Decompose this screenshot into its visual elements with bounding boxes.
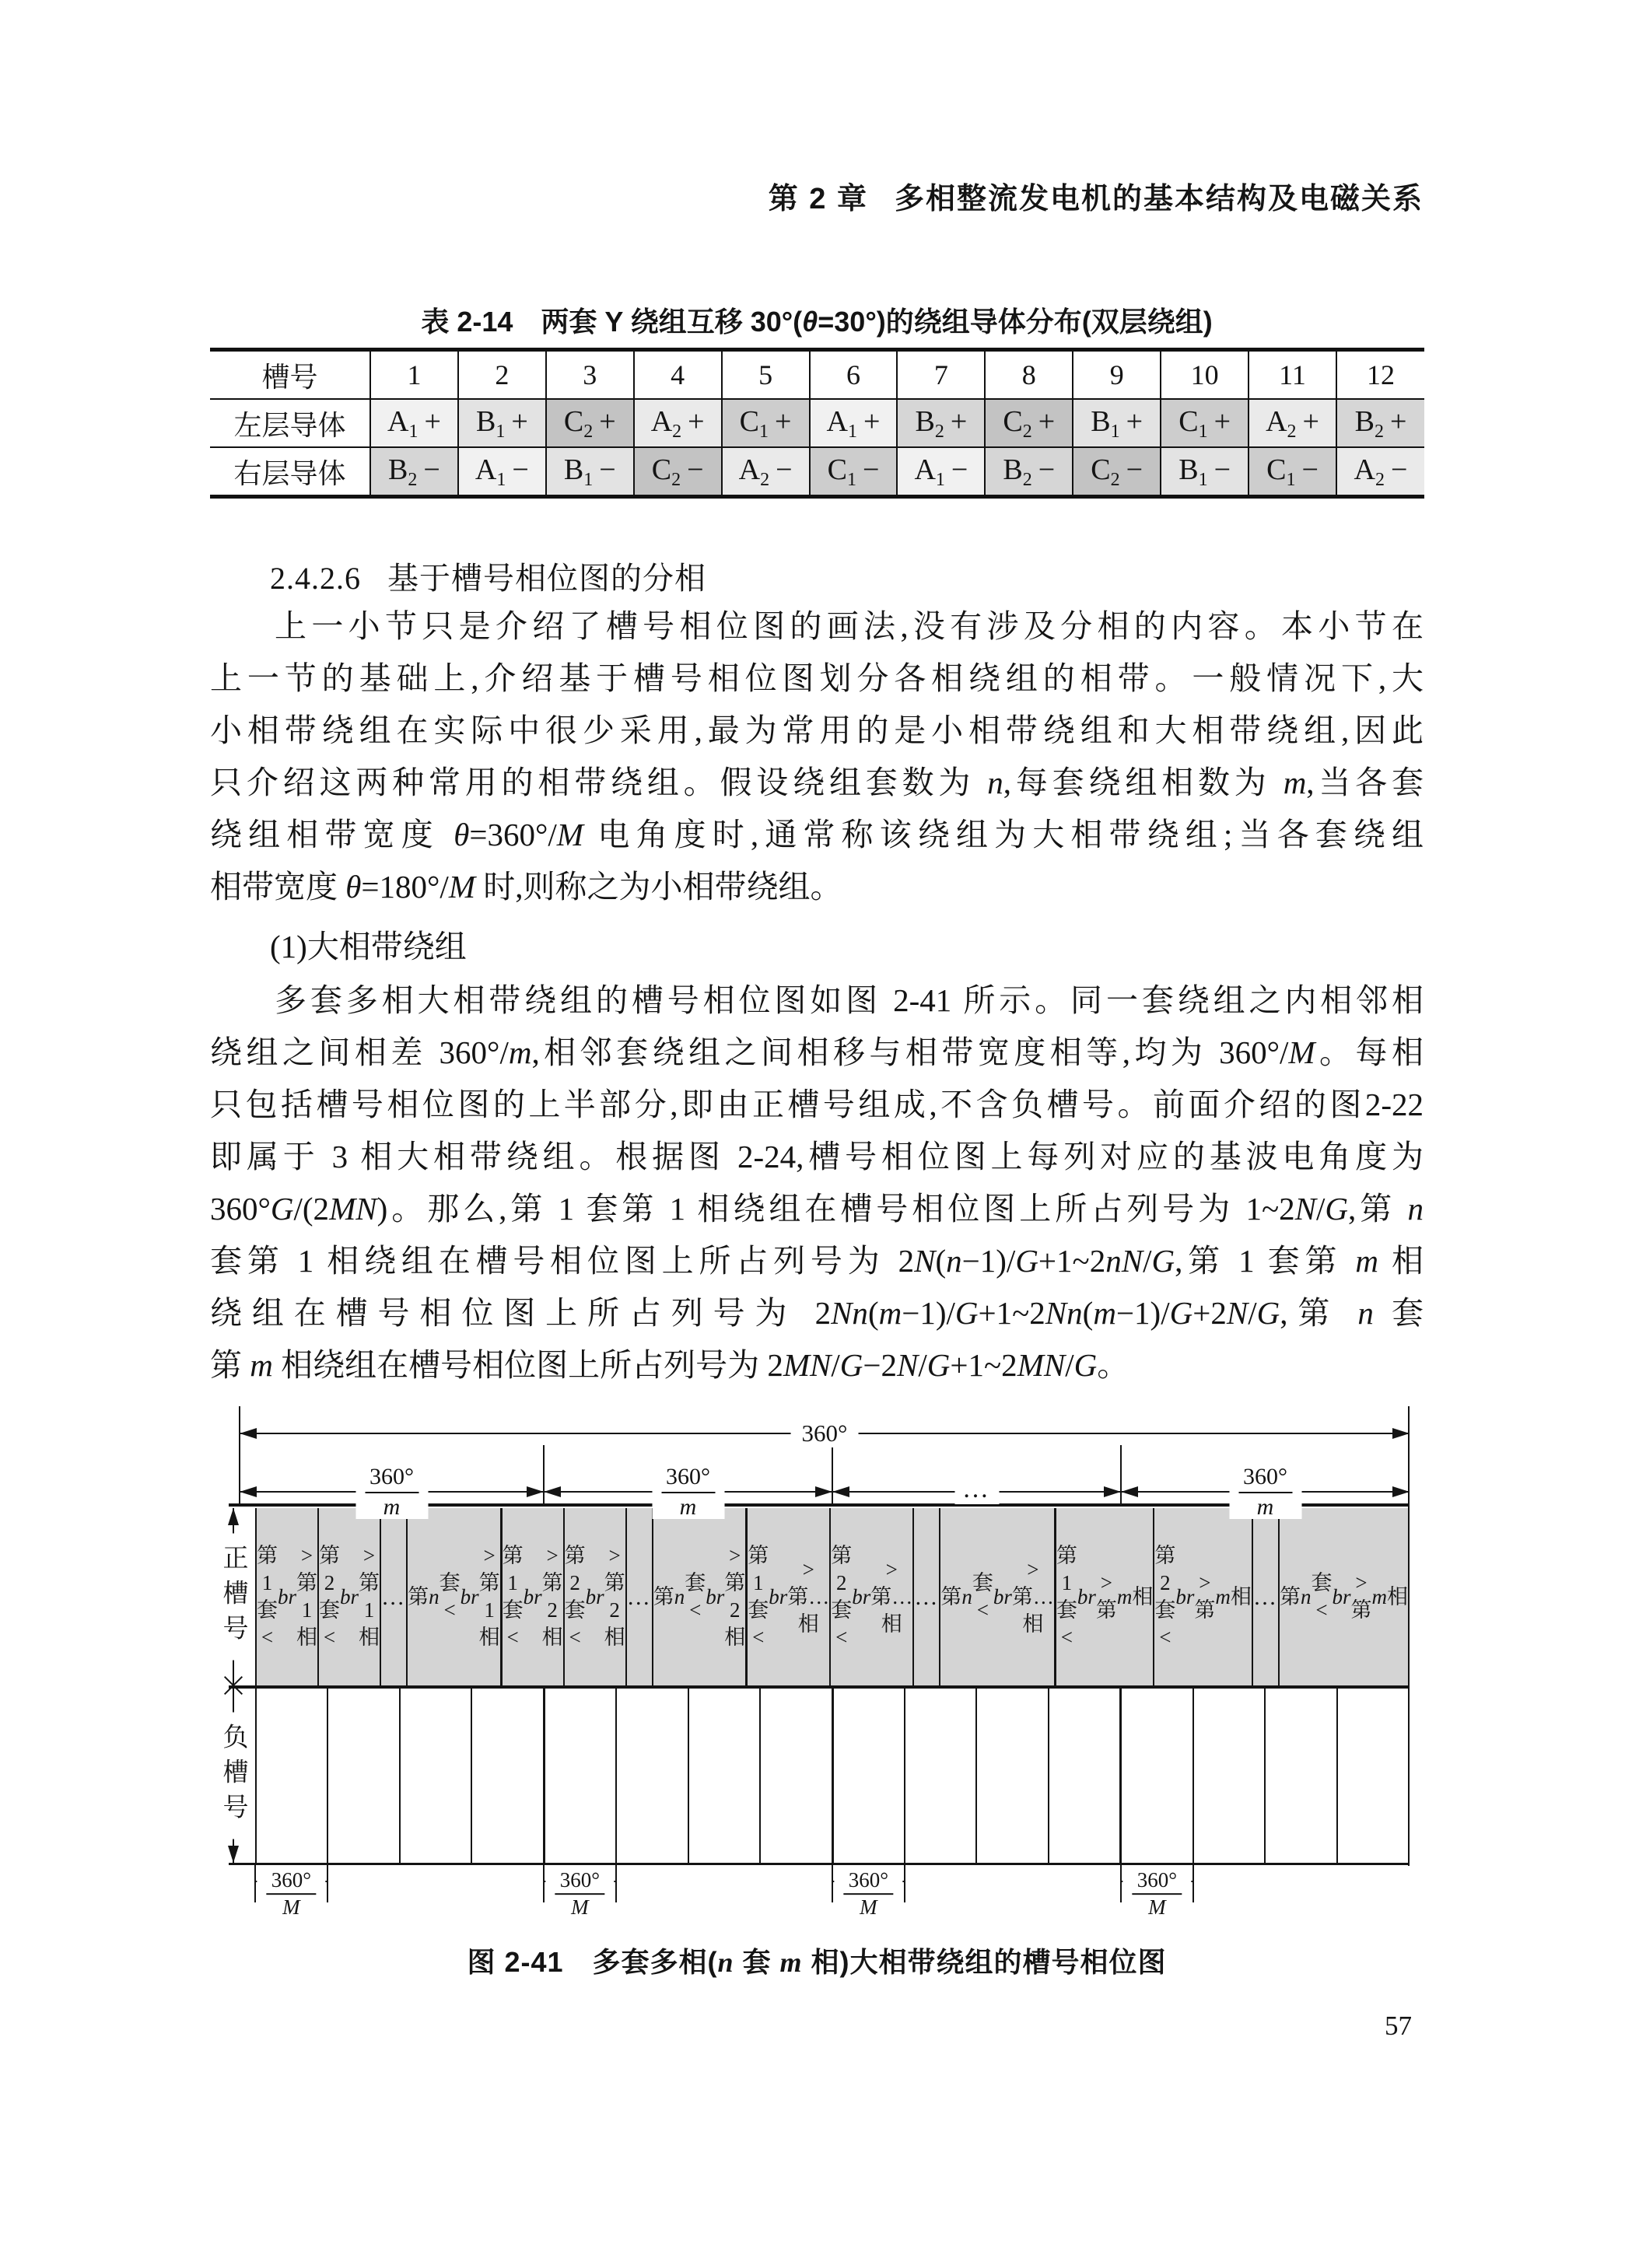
negative-band-cell [328, 1689, 400, 1863]
section-title: 基于槽号相位图的分相 [387, 561, 706, 596]
conductor-cell: A2− [1336, 447, 1424, 497]
conductor-cell: C1− [810, 447, 898, 497]
table-header-row: 槽号123456789101112 [210, 350, 1424, 400]
positive-axis-label: 正槽号 [215, 1534, 252, 1661]
conductor-cell: B1− [1161, 447, 1249, 497]
column-width-fraction: 360°M [1123, 1869, 1191, 1919]
conductor-cell: B2+ [1336, 399, 1424, 447]
negative-band-cell [761, 1689, 833, 1863]
negative-band-cell [401, 1689, 472, 1863]
table-title: 表 2-14 两套 Y 绕组互移 30°(θ=30°)的绕组导体分布(双层绕组) [156, 300, 1478, 340]
group-span-arrow-head [544, 1486, 561, 1497]
column-width-fraction: 360°M [546, 1869, 614, 1919]
group-span-arrow-head [1121, 1486, 1138, 1497]
negative-slot-row [255, 1689, 1410, 1863]
conductor-cell: B2− [985, 447, 1073, 497]
figure-bottom-rule [229, 1863, 1410, 1865]
figure-caption: 图 2-41 多套多相(n 套 m 相)大相带绕组的槽号相位图 [156, 1941, 1478, 1980]
dist-table: 槽号123456789101112左层导体A1+B1+C2+A2+C1+A1+B… [210, 348, 1424, 499]
conductor-cell: A2+ [634, 399, 722, 447]
text-line: 只包括槽号相位图的上半部分,即由正槽号组成,不含负槽号。前面介绍的图2-22 [210, 1079, 1424, 1131]
negative-band-cell [545, 1689, 617, 1863]
negative-band-cell [617, 1689, 688, 1863]
phase-band-cell: 第2套<br>第…相 [831, 1508, 914, 1685]
negative-band-cell [689, 1689, 761, 1863]
group-span-fraction: 360°m [652, 1465, 724, 1519]
total-span-arrow-head [240, 1428, 257, 1439]
dist-table-body: 槽号123456789101112左层导体A1+B1+C2+A2+C1+A1+B… [210, 350, 1424, 497]
paragraph-2: 多套多相大相带绕组的槽号相位图如图 2-41 所示。同一套绕组之内相邻相绕组之间… [210, 975, 1424, 1391]
group-span-arrow-head [832, 1486, 849, 1497]
phase-band-cell: 第n套<br>第m相 [1280, 1508, 1410, 1685]
corner-cell: 槽号 [210, 350, 370, 400]
slot-number-cell: 7 [897, 350, 985, 400]
slot-number-cell: 3 [546, 350, 634, 400]
negative-band-cell [905, 1689, 977, 1863]
row-label-cell: 右层导体 [210, 447, 370, 497]
chapter-title: 多相整流发电机的基本结构及电磁关系 [895, 183, 1424, 215]
group-divider-tick [543, 1445, 545, 1507]
slot-number-cell: 8 [985, 350, 1073, 400]
slot-number-cell: 9 [1073, 350, 1161, 400]
phase-band-cell: 第n套<br>第1相 [408, 1508, 503, 1685]
phase-band-cell: 第1套<br>第2相 [503, 1508, 565, 1685]
slot-number-cell: 6 [810, 350, 898, 400]
phase-band-cell: 第n套<br>第2相 [653, 1508, 748, 1685]
negative-band-cell [977, 1689, 1049, 1863]
conductor-cell: B2+ [897, 399, 985, 447]
negative-band-cell [834, 1689, 905, 1863]
page-number: 57 [1245, 2011, 1412, 2042]
phase-band-cell: 第2套<br>第2相 [565, 1508, 627, 1685]
section-heading: 2.4.2.6基于槽号相位图的分相 [270, 554, 706, 598]
conductor-cell: B1+ [458, 399, 546, 447]
phase-band-cell: 第n套<br>第…相 [940, 1508, 1056, 1685]
axis-zero-cross [222, 1674, 245, 1697]
running-head: 第 2 章多相整流发电机的基本结构及电磁关系 [210, 174, 1424, 217]
conductor-cell: A1+ [370, 399, 458, 447]
conductor-cell: C1− [1249, 447, 1336, 497]
conductor-cell: C2+ [985, 399, 1073, 447]
slot-number-cell: 12 [1336, 350, 1424, 400]
column-width-fraction: 360°M [257, 1869, 325, 1919]
negative-band-cell [1049, 1689, 1122, 1863]
phase-band-cell: 第1套<br>第…相 [748, 1508, 831, 1685]
text-line: 绕组相带宽度 θ=360°/M 电角度时,通常称该绕组为大相带绕组;当各套绕组 [210, 809, 1424, 861]
group-span-arrow-head [1392, 1486, 1410, 1497]
negative-axis-arrowhead [228, 1846, 239, 1863]
group-divider-tick [832, 1445, 833, 1507]
slot-number-cell: 4 [634, 350, 722, 400]
conductor-cell: B2− [370, 447, 458, 497]
group-span-ellipsis: … [954, 1475, 999, 1504]
phase-band-cell: 第1套<br>第1相 [257, 1508, 319, 1685]
text-line: 只介绍这两种常用的相带绕组。假设绕组套数为 n,每套绕组相数为 m,当各套 [210, 757, 1424, 809]
chapter-number: 第 2 章 [769, 183, 868, 215]
text-line: 第 m 相绕组在槽号相位图上所占列号为 2MN/G−2N/G+1~2MN/G。 [210, 1339, 1424, 1391]
negative-band-cell [1194, 1689, 1266, 1863]
phase-band-cell: 第2套<br>第1相 [319, 1508, 381, 1685]
section-number: 2.4.2.6 [270, 561, 361, 596]
book-page: 第 2 章多相整流发电机的基本结构及电磁关系 表 2-14 两套 Y 绕组互移 … [0, 0, 1625, 2268]
paragraph-1: 上一小节只是介绍了槽号相位图的画法,没有涉及分相的内容。本小节在上一节的基础上,… [210, 600, 1424, 913]
conductor-cell: B1− [546, 447, 634, 497]
conductor-cell: C2− [1073, 447, 1161, 497]
text-line: 上一节的基础上,介绍基于槽号相位图划分各相绕组的相带。一般情况下,大 [210, 653, 1424, 705]
slot-phase-figure: 360°360°m360°m…360°m第1套<br>第1相第2套<br>第1相… [218, 1400, 1425, 1937]
phase-band-cell: 第1套<br>第m相 [1056, 1508, 1155, 1685]
slot-number-cell: 5 [722, 350, 810, 400]
row-label-cell: 左层导体 [210, 399, 370, 447]
conductor-cell: C1+ [722, 399, 810, 447]
text-line: 即属于 3 相大相带绕组。根据图 2-24,槽号相位图上每列对应的基波电角度为 [210, 1131, 1424, 1183]
text-line: 小相带绕组在实际中很少采用,最为常用的是小相带绕组和大相带绕组,因此 [210, 705, 1424, 757]
total-span-label: 360° [791, 1419, 859, 1447]
group-span-arrow-head [1104, 1486, 1121, 1497]
positive-axis-arrowhead [228, 1508, 239, 1525]
total-span-arrow-head [1392, 1428, 1410, 1439]
slot-number-cell: 1 [370, 350, 458, 400]
positive-slot-row: 第1套<br>第1相第2套<br>第1相…第n套<br>第1相第1套<br>第2… [255, 1508, 1410, 1685]
slot-number-cell: 10 [1161, 350, 1249, 400]
slot-number-cell: 2 [458, 350, 546, 400]
negative-band-cell [1122, 1689, 1193, 1863]
conductor-cell: A1+ [810, 399, 898, 447]
conductor-cell: A1− [458, 447, 546, 497]
negative-band-cell [1266, 1689, 1337, 1863]
group-span-fraction: 360°m [1229, 1465, 1301, 1519]
text-line: 绕组之间相差 360°/m,相邻套绕组之间相移与相带宽度相等,均为 360°/M… [210, 1027, 1424, 1079]
text-line: 绕组在槽号相位图上所占列号为 2Nn(m−1)/G+1~2Nn(m−1)/G+2… [210, 1287, 1424, 1339]
negative-band-cell [1338, 1689, 1410, 1863]
conductor-cell: A1− [897, 447, 985, 497]
text-line: 相带宽度 θ=180°/M 时,则称之为小相带绕组。 [210, 861, 1424, 913]
phase-band-cell: … [381, 1508, 408, 1685]
conductor-cell: B1+ [1073, 399, 1161, 447]
conductor-cell: A2− [722, 447, 810, 497]
conductor-cell: C2− [634, 447, 722, 497]
group-span-fraction: 360°m [355, 1465, 428, 1519]
column-width-fraction: 360°M [835, 1869, 902, 1919]
phase-band-cell: … [1253, 1508, 1280, 1685]
text-line: 套第 1 相绕组在槽号相位图上所占列号为 2N(n−1)/G+1~2nN/G,第… [210, 1235, 1424, 1287]
table-row: 右层导体B2−A1−B1−C2−A2−C1−A1−B2−C2−B1−C1−A2− [210, 447, 1424, 497]
conductor-cell: C1+ [1161, 399, 1249, 447]
phase-band-cell: … [914, 1508, 940, 1685]
phase-band-cell: … [627, 1508, 653, 1685]
group-span-arrow-head [527, 1486, 544, 1497]
negative-band-cell [472, 1689, 545, 1863]
group-span-arrow-head [815, 1486, 832, 1497]
conductor-cell: A2+ [1249, 399, 1336, 447]
text-line: 360°G/(2MN)。那么,第 1 套第 1 相绕组在槽号相位图上所占列号为 … [210, 1183, 1424, 1235]
conductor-cell: C2+ [546, 399, 634, 447]
group-divider-tick [1120, 1445, 1122, 1507]
subheading: (1)大相带绕组 [270, 921, 467, 967]
negative-axis-label: 负槽号 [215, 1713, 252, 1839]
phase-band-cell: 第2套<br>第m相 [1154, 1508, 1253, 1685]
text-line: 多套多相大相带绕组的槽号相位图如图 2-41 所示。同一套绕组之内相邻相 [210, 975, 1424, 1027]
negative-band-cell [257, 1689, 328, 1863]
group-span-arrow-head [240, 1486, 257, 1497]
slot-number-cell: 11 [1249, 350, 1336, 400]
text-line: 上一小节只是介绍了槽号相位图的画法,没有涉及分相的内容。本小节在 [210, 600, 1424, 653]
table-row: 左层导体A1+B1+C2+A2+C1+A1+B2+C2+B1+C1+A2+B2+ [210, 399, 1424, 447]
